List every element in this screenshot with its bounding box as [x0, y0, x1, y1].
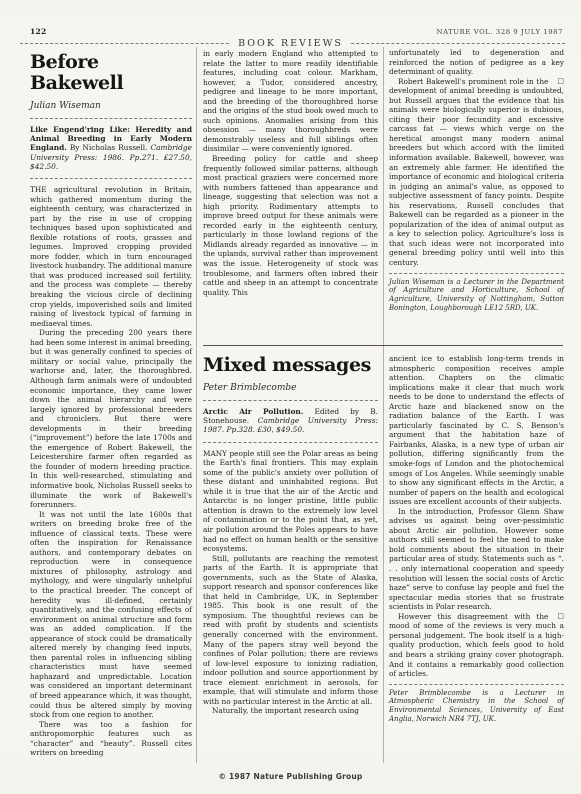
article2-left-text: MANY people still see the Polar areas as… — [203, 449, 378, 716]
column-divider — [196, 47, 197, 763]
paragraph: In the introduction, Professor Glenn Sha… — [389, 507, 564, 612]
paragraph: Breeding policy for cattle and sheep fre… — [203, 154, 378, 297]
article1-author: Julian Wiseman — [30, 101, 192, 111]
divider-rule — [203, 400, 378, 401]
paragraph-text: Robert Bakewell's prominent role in the … — [389, 77, 564, 267]
article2-title: Mixed messages — [203, 355, 378, 376]
end-of-review-mark: □ — [548, 77, 564, 87]
paragraph: THE agricultural revolution in Britain, … — [30, 185, 192, 328]
article1-reviewer-bio: Julian Wiseman is a Lecturer in the Depa… — [389, 273, 564, 313]
paragraph: unfortunately led to degeneration and re… — [389, 48, 564, 77]
divider-rule — [203, 442, 378, 443]
journal-page: 122 BOOK REVIEWS NATURE VOL. 328 9 JULY … — [0, 0, 581, 794]
paragraph: It was not until the late 1600s that wri… — [30, 510, 192, 720]
paragraph: During the preceding 200 years there had… — [30, 328, 192, 509]
paragraph: □Robert Bakewell's prominent role in the… — [389, 77, 564, 268]
journal-masthead: NATURE VOL. 328 9 JULY 1987 — [437, 28, 563, 36]
page-number: 122 — [30, 27, 47, 36]
paragraph: Still, pollutants are reaching the remot… — [203, 554, 378, 707]
paragraph: ancient ice to establish long-term trend… — [389, 354, 564, 507]
article2-left-column: Mixed messages Peter Brimblecombe Arctic… — [203, 349, 378, 716]
paragraph: in early modern England who attempted to… — [203, 49, 378, 154]
article1-col1-text: THE agricultural revolution in Britain, … — [30, 185, 192, 758]
divider-rule — [30, 178, 192, 179]
article1-book-citation: Like Engend'ring Like: Heredity and Anim… — [30, 125, 192, 171]
copyright-notice: © 1987 Nature Publishing Group — [0, 772, 581, 781]
paragraph: There was too a fashion for anthropomorp… — [30, 720, 192, 758]
article2-book-citation: Arctic Air Pollution. Edited by B. Stone… — [203, 407, 378, 435]
book-byline: By Nicholas Russell. — [70, 143, 148, 152]
article2-top-rule — [203, 345, 563, 346]
article1-col2-text: in early modern England who attempted to… — [203, 49, 378, 297]
paragraph: Naturally, the important research using — [203, 706, 378, 716]
column-2: in early modern England who attempted to… — [203, 47, 378, 297]
article2-reviewer-bio: Peter Brimblecombe is a Lecturer in Atmo… — [389, 684, 564, 724]
book-title: Arctic Air Pollution. — [203, 407, 303, 416]
article1-title: Before Bakewell — [30, 52, 192, 94]
article1-col3-text: unfortunately led to degeneration and re… — [389, 48, 564, 313]
article2-author: Peter Brimblecombe — [203, 383, 378, 393]
paragraph: MANY people still see the Polar areas as… — [203, 449, 378, 554]
column-1: Before Bakewell Julian Wiseman Like Enge… — [30, 46, 192, 758]
article2-right-column: ancient ice to establish long-term trend… — [389, 352, 564, 731]
column-3: unfortunately led to degeneration and re… — [389, 46, 564, 320]
divider-rule — [30, 118, 192, 119]
paragraph-text: However this disagreement with the mood … — [389, 612, 564, 678]
end-of-review-mark: □ — [548, 612, 564, 622]
paragraph: □However this disagreement with the mood… — [389, 612, 564, 679]
column-divider — [383, 47, 384, 763]
article2-right-text: ancient ice to establish long-term trend… — [389, 354, 564, 724]
